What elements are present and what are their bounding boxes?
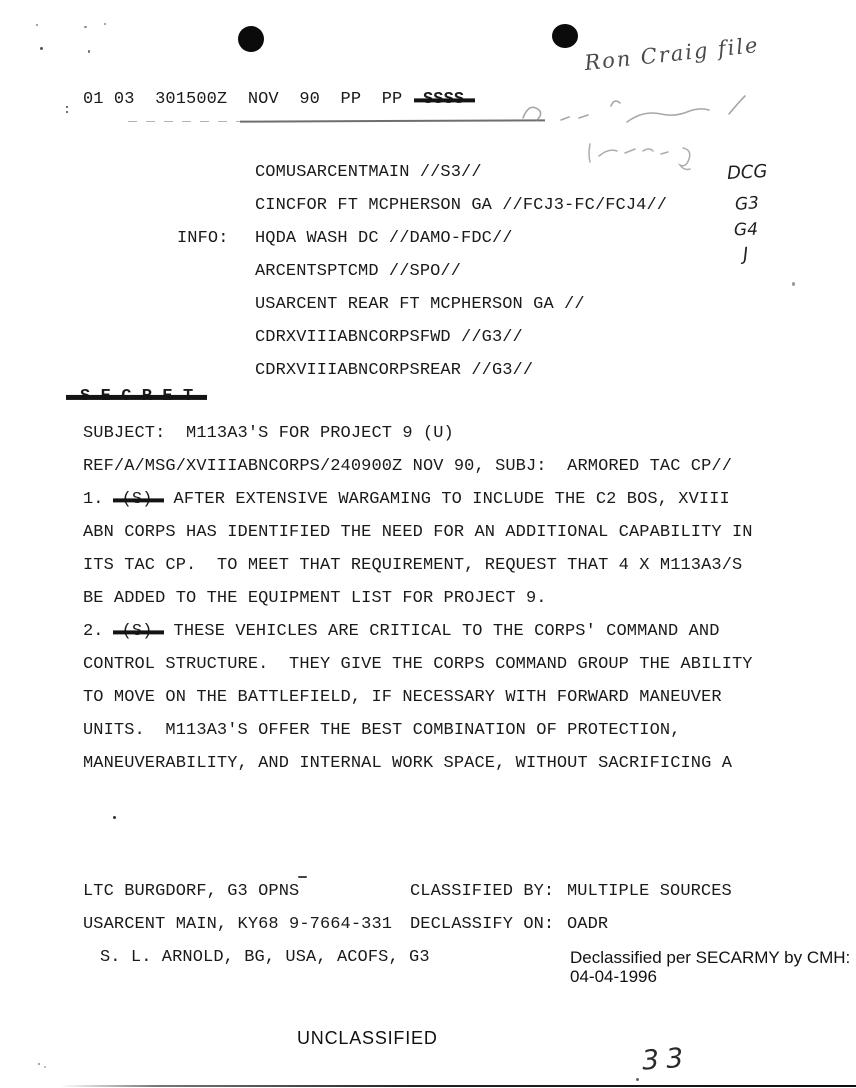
paragraph-1-line-3: ITS TAC CP. TO MEET THAT REQUIREMENT, RE… xyxy=(83,556,742,576)
margin-note: G4 xyxy=(734,220,759,241)
scan-speck xyxy=(36,24,38,26)
scan-speck xyxy=(298,876,307,878)
drafter-line: LTC BURGDORF, G3 OPNS xyxy=(83,882,299,902)
paragraph-2-line-4: UNITS. M113A3'S OFFER THE BEST COMBINATI… xyxy=(83,721,681,741)
addressee-line: HQDA WASH DC //DAMO-FDC// xyxy=(255,229,513,249)
margin-note: DCG xyxy=(726,161,767,184)
classification-banner: S E C R E T xyxy=(80,387,193,407)
paragraph-2-line-1: 2.(S)THESE VEHICLES ARE CRITICAL TO THE … xyxy=(83,622,720,642)
scan-speck xyxy=(84,26,87,28)
releaser-line: S. L. ARNOLD, BG, USA, ACOFS, G3 xyxy=(100,948,430,968)
handwritten-filing-note: Ron Craig file xyxy=(583,33,760,75)
faint-handwriting xyxy=(515,88,755,140)
scan-speck xyxy=(40,47,43,50)
paragraph-2-line-5: MANEUVERABILITY, AND INTERNAL WORK SPACE… xyxy=(83,754,732,774)
handwritten-page-number: 33 xyxy=(641,1042,691,1076)
paragraph-text: THESE VEHICLES ARE CRITICAL TO THE CORPS… xyxy=(174,622,720,641)
scan-speck xyxy=(104,23,106,25)
margin-note: J xyxy=(742,244,749,265)
scan-speck xyxy=(44,1066,46,1068)
addressee-line: ARCENTSPTCMD //SPO// xyxy=(255,262,461,282)
black-scan-dot xyxy=(238,26,264,52)
scan-speck xyxy=(636,1078,639,1081)
classified-by-label: CLASSIFIED BY: xyxy=(410,882,554,902)
faint-pen-line xyxy=(240,119,545,122)
scan-speck xyxy=(38,1063,40,1065)
faint-handwriting xyxy=(585,136,720,170)
struck-paragraph-classification: (S) xyxy=(122,622,153,642)
addressee-line: CDRXVIIIABNCORPSFWD //G3// xyxy=(255,328,523,348)
info-label: INFO: xyxy=(177,229,229,249)
subject-line: SUBJECT: M113A3'S FOR PROJECT 9 (U) xyxy=(83,424,454,444)
paragraph-2-line-3: TO MOVE ON THE BATTLEFIELD, IF NECESSARY… xyxy=(83,688,722,708)
paragraph-number: 2. xyxy=(83,622,104,641)
paragraph-text: AFTER EXTENSIVE WARGAMING TO INCLUDE THE… xyxy=(174,490,730,509)
addressee-line: CDRXVIIIABNCORPSREAR //G3// xyxy=(255,361,533,381)
reference-line: REF/A/MSG/XVIIIABNCORPS/240900Z NOV 90, … xyxy=(83,457,732,477)
paragraph-number: 1. xyxy=(83,490,104,509)
scan-edge-line xyxy=(60,1085,856,1088)
scan-speck xyxy=(113,816,116,819)
scan-speck xyxy=(66,106,68,108)
margin-note: G3 xyxy=(734,193,759,215)
paragraph-2-line-2: CONTROL STRUCTURE. THEY GIVE THE CORPS C… xyxy=(83,655,753,675)
message-header-line: 01 03 301500Z NOV 90 PP PP SSSS xyxy=(83,90,464,110)
classified-by-value: MULTIPLE SOURCES xyxy=(567,882,732,902)
paragraph-1-line-4: BE ADDED TO THE EQUIPMENT LIST FOR PROJE… xyxy=(83,589,547,609)
addressee-line: USARCENT REAR FT MCPHERSON GA // xyxy=(255,295,585,315)
scanned-message-page: Ron Craig file 01 03 301500Z NOV 90 PP P… xyxy=(0,0,856,1088)
declassify-on-value: OADR xyxy=(567,915,608,935)
declassified-stamp: Declassified per SECARMY by CMH: 04-04-1… xyxy=(570,948,850,986)
black-scan-dot xyxy=(552,24,578,48)
struck-paragraph-classification: (S) xyxy=(122,490,153,510)
paragraph-1-line-1: 1.(S)AFTER EXTENSIVE WARGAMING TO INCLUD… xyxy=(83,490,730,510)
addressee-line: COMUSARCENTMAIN //S3// xyxy=(255,163,482,183)
addressee-line: CINCFOR FT MCPHERSON GA //FCJ3-FC/FCJ4// xyxy=(255,196,667,216)
declassified-stamp-line-2: 04-04-1996 xyxy=(570,967,850,986)
declassified-stamp-line-1: Declassified per SECARMY by CMH: xyxy=(570,948,850,967)
scan-speck xyxy=(66,111,68,113)
scan-speck xyxy=(88,50,90,53)
faint-pen-line xyxy=(128,121,240,122)
header-prefix: 01 03 301500Z NOV 90 PP PP xyxy=(83,90,423,109)
struck-secret: S E C R E T xyxy=(80,387,193,407)
struck-transmission-code: SSSS xyxy=(423,90,464,110)
paragraph-1-line-2: ABN CORPS HAS IDENTIFIED THE NEED FOR AN… xyxy=(83,523,753,543)
declassify-on-label: DECLASSIFY ON: xyxy=(410,915,554,935)
scan-speck xyxy=(792,282,795,286)
office-line: USARCENT MAIN, KY68 9-7664-331 xyxy=(83,915,392,935)
unclassified-stamp: UNCLASSIFIED xyxy=(297,1028,438,1049)
